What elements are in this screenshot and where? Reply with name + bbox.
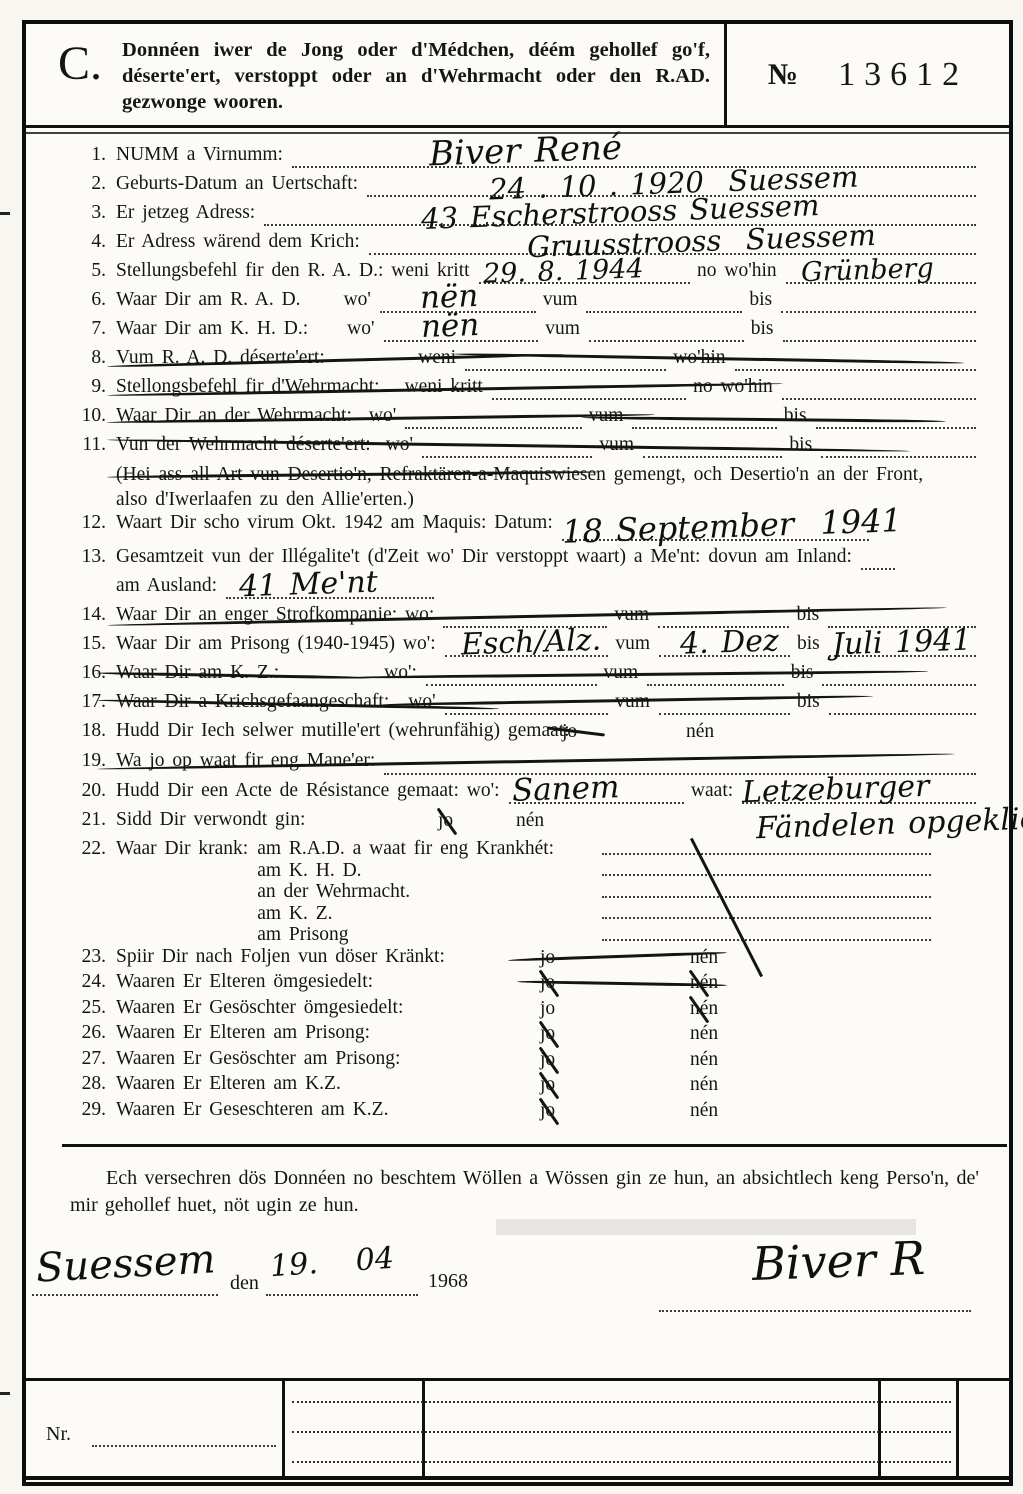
handwritten-entry: 29. 8. 1944	[482, 255, 643, 288]
dotted-line	[861, 554, 896, 570]
field-label: Hudd Dir een Acte de Résistance gemaat: …	[116, 780, 500, 802]
dotted-line: Gruusstrooss Suessem	[369, 239, 976, 255]
field-label: vum	[543, 289, 578, 311]
field-label: Waaren Er Gesöschter am Prisong:	[116, 1048, 400, 1070]
row-number: 14.	[70, 604, 106, 626]
krank-line: am Prisong	[257, 924, 983, 946]
place-dotted-line	[32, 1294, 218, 1296]
answer-option: jo	[540, 998, 555, 1020]
field-label: Waar Dir am Prisong (1940-1945) wo':	[116, 633, 436, 655]
dotted-line: Juli 1941	[829, 641, 976, 657]
field-label: an der Wehrmacht.	[257, 881, 602, 903]
dotted-line: 18 September 1941	[562, 525, 869, 541]
answer-option: nén	[690, 1049, 718, 1071]
handwritten-entry: Juli 1941	[831, 626, 971, 661]
field-label: Spiir Dir nach Foljen vun döser Kränkt:	[116, 946, 445, 968]
signature-dotted-line	[659, 1310, 971, 1312]
row-number: 22.	[70, 838, 106, 860]
form-rows: 1.NUMM a Virnumm:Biver René2.Geburts-Dat…	[26, 128, 1009, 1124]
field-label: Waaren Er Elteren am Prisong:	[116, 1022, 370, 1044]
field-label: Waaren Er Elteren ömgesiedelt:	[116, 971, 373, 993]
field-label: bis	[797, 691, 820, 713]
krank-line: an der Wehrmacht.	[257, 881, 983, 903]
field-label: bis	[749, 289, 772, 311]
form-row: 20.Hudd Dir een Acte de Résistance gemaa…	[70, 780, 983, 809]
field-label: Waart Dir scho virum Okt. 1942 am Maquis…	[116, 512, 553, 534]
dotted-line: 29. 8. 1944	[479, 268, 690, 284]
dotted-line: Esch/Alz.	[445, 641, 609, 657]
field-label: Er jetzeg Adress:	[116, 202, 255, 224]
row-number: 9.	[70, 376, 106, 398]
form-row: 23.Spiir Dir nach Foljen vun döser Kränk…	[70, 946, 983, 972]
dotted-line: 41 Me'nt	[226, 583, 434, 599]
handwritten-entry: Sanem	[512, 772, 620, 807]
handwritten-entry: Letzeburger	[742, 772, 930, 809]
row-number: 26.	[70, 1022, 106, 1044]
row-number: 2.	[70, 173, 106, 195]
row-number: 27.	[70, 1048, 106, 1070]
field-label: Er Adress wärend dem Krich:	[116, 231, 360, 253]
row-number: 12.	[70, 512, 106, 534]
row-number: 15.	[70, 633, 106, 655]
row-number: 17.	[70, 691, 106, 713]
row-number: 18.	[70, 720, 106, 742]
den-label: den	[230, 1272, 259, 1295]
dotted-line	[589, 326, 744, 342]
dotted-line	[781, 297, 976, 313]
field-label: am Ausland:	[116, 575, 217, 597]
row-number: 5.	[70, 260, 106, 282]
form-row: 28.Waaren Er Elteren am K.Z.jonén	[70, 1073, 983, 1099]
dotted-line	[586, 297, 742, 313]
dotted-line: 4. Dez	[659, 641, 790, 657]
dotted-line: Biver René	[292, 152, 976, 168]
dotted-line	[426, 670, 597, 686]
scan-artifact	[0, 1392, 10, 1395]
handwritten-entry: 18 September 1941	[561, 504, 902, 548]
dotted-line	[602, 903, 931, 919]
form-row: 15.Waar Dir am Prisong (1940-1945) wo':E…	[70, 633, 983, 662]
row-number: 25.	[70, 997, 106, 1019]
row-number: 4.	[70, 231, 106, 253]
handwritten-place: Suessem	[35, 1239, 216, 1288]
field-label: wo':	[384, 662, 417, 684]
field-label: am R.A.D. a waat fir eng Krankhét:	[257, 838, 602, 860]
year-label: 1968	[428, 1270, 468, 1293]
dotted-line: nën	[384, 326, 539, 342]
strike-mark	[689, 995, 710, 1023]
field-label: wo'	[347, 318, 374, 340]
row-number: 8.	[70, 347, 106, 369]
form-row: 17.Waar Dir a Krichsgefaangeschaft:wo'vu…	[70, 691, 983, 720]
section-letter: C.	[26, 24, 108, 125]
row-number: 11.	[70, 434, 106, 456]
field-label: Gesamtzeit vun der Illégalite't (d'Zeit …	[116, 546, 852, 568]
answer-option: nén	[690, 1074, 718, 1096]
field-label: Waaren Er Elteren am K.Z.	[116, 1073, 341, 1095]
form-row: 18.Hudd Dir Iech selwer mutille'ert (weh…	[70, 720, 983, 750]
form-row: 22.Waar Dir krank:am R.A.D. a waat fir e…	[70, 838, 983, 946]
table-vertical-line	[282, 1381, 285, 1476]
row-number: 23.	[70, 946, 106, 968]
field-label: waat:	[691, 780, 733, 802]
answer-option: jo	[540, 1100, 555, 1122]
row-number: 29.	[70, 1099, 106, 1121]
krank-line: am K. Z.	[257, 903, 983, 925]
field-label: Vun der Wehrmacht déserte'ert:	[116, 434, 371, 456]
dotted-line	[782, 384, 976, 400]
form-row: 11.Vun der Wehrmacht déserte'ert:wo'vumb…	[70, 434, 983, 463]
row-number: 6.	[70, 289, 106, 311]
dotted-line: LetzeburgerFändelen opgekliëft	[742, 788, 976, 804]
answer-option: jo	[562, 721, 577, 743]
field-label: vum	[615, 633, 650, 655]
row-number: 1.	[70, 144, 106, 166]
signature-area: Suessem den 19. 04 1968 Biver R	[26, 1242, 1009, 1372]
form-header: C. Donnéen iwer de Jong oder d'Médchen, …	[26, 24, 1009, 128]
field-label: Hudd Dir Iech selwer mutille'ert (wehrun…	[116, 720, 570, 742]
form-row: 13.Gesamtzeit vun der Illégalite't (d'Ze…	[70, 546, 983, 575]
strike-mark	[437, 808, 458, 836]
field-label: Waar Dir am R. A. D.	[116, 289, 301, 311]
dotted-line	[783, 326, 976, 342]
form-row: 25.Waaren Er Gesöschter ömgesiedelt:joné…	[70, 997, 983, 1023]
answer-option: jo	[540, 1023, 555, 1045]
answer-option: nén	[690, 1100, 718, 1122]
form-row: 16.Waar Dir am K. Z.:wo':vumbis	[70, 662, 983, 691]
strike-mark	[539, 1072, 560, 1100]
field-label: wo'	[344, 289, 371, 311]
row-number: 13.	[70, 546, 106, 568]
form-title: Donnéen iwer de Jong oder d'Médchen, déé…	[108, 24, 724, 125]
krank-block: am R.A.D. a waat fir eng Krankhét:am K. …	[257, 838, 983, 946]
form-row: 9.Stellongsbefehl fir d'Wehrmacht:weni k…	[70, 376, 983, 405]
strike-mark	[539, 1046, 560, 1074]
field-label: no wo'hin	[693, 376, 773, 398]
handwritten-entry: nën	[420, 310, 479, 343]
field-label: Geburts-Datum an Uertschaft:	[116, 173, 358, 195]
field-label: Stellungsbefehl fir den R. A. D.: weni k…	[116, 260, 470, 282]
form-number-box: № 13612	[724, 24, 1009, 125]
handwritten-entry: Grünberg	[800, 255, 934, 287]
answer-option: nén	[690, 998, 718, 1020]
dotted-line	[632, 413, 776, 429]
handwritten-entry: 4. Dez	[679, 627, 779, 660]
nr-dotted-line	[92, 1445, 276, 1447]
form-row: 26.Waaren Er Elteren am Prisong:jonén	[70, 1022, 983, 1048]
field-label: Sidd Dir verwondt gin:	[116, 809, 305, 831]
form-row: 10.Waar Dir an der Wehrmacht:wo'vumbis	[70, 405, 983, 434]
field-label: am Prisong	[257, 924, 602, 946]
table-dotted-row	[292, 1461, 951, 1463]
form-row: 12.Waart Dir scho virum Okt. 1942 am Maq…	[70, 512, 983, 546]
dotted-line	[602, 860, 931, 876]
answer-option: jo	[540, 1074, 555, 1096]
nr-label: Nr.	[46, 1423, 71, 1446]
row-number: 3.	[70, 202, 106, 224]
field-label: no wo'hin	[697, 260, 777, 282]
strike-mark	[539, 1021, 560, 1049]
dotted-line	[602, 925, 931, 941]
row-number: 21.	[70, 809, 106, 831]
date-dotted-line	[266, 1294, 418, 1296]
page-frame: C. Donnéen iwer de Jong oder d'Médchen, …	[22, 20, 1013, 1486]
handwritten-date: 19. 04	[269, 1244, 395, 1283]
field-label: am K. Z.	[257, 903, 602, 925]
handwritten-entry: 41 Me'nt	[238, 568, 378, 603]
field-label: bis	[784, 405, 807, 427]
field-label: Waar Dir an der Wehrmacht:	[116, 405, 352, 427]
numero-sign: №	[768, 58, 798, 92]
row-number: 7.	[70, 318, 106, 340]
field-label: Waar Dir krank:	[116, 838, 248, 860]
field-label: bis	[751, 318, 774, 340]
answer-option: jo	[540, 1049, 555, 1071]
answer-option: nén	[686, 721, 714, 743]
field-label: Waar Dir am K. H. D.:	[116, 318, 308, 340]
row-number: 24.	[70, 971, 106, 993]
field-label: vum	[615, 691, 650, 713]
field-label: NUMM a Virnumm:	[116, 144, 283, 166]
form-row: 27.Waaren Er Gesöschter am Prisong:jonén	[70, 1048, 983, 1074]
document-page: C. Donnéen iwer de Jong oder d'Médchen, …	[0, 0, 1023, 1494]
answer-option: nén	[516, 810, 544, 832]
field-label: Waaren Er Geseschteren am K.Z.	[116, 1099, 388, 1121]
answer-option: nén	[690, 947, 718, 969]
form-row: 7.Waar Dir am K. H. D.:wo'nënvumbis	[70, 318, 983, 347]
handwritten-signature: Biver R	[751, 1235, 925, 1287]
dotted-line	[659, 699, 790, 715]
form-row: 6.Waar Dir am R. A. D.wo'nënvumbis	[70, 289, 983, 318]
footer-table: Nr.	[26, 1378, 1009, 1480]
form-number: 13612	[838, 56, 968, 94]
field-label: Waaren Er Gesöschter ömgesiedelt:	[116, 997, 403, 1019]
form-row: am Ausland:41 Me'nt	[70, 575, 983, 604]
row-number: 28.	[70, 1073, 106, 1095]
handwritten-entry: Biver René	[428, 131, 622, 172]
dotted-line	[602, 882, 931, 898]
form-row: 8.Vum R. A. D. déserte'ert:- weniwo'hin	[70, 347, 983, 376]
form-row: 29.Waaren Er Geseschteren am K.Z.jonén	[70, 1099, 983, 1125]
field-label: bis	[789, 434, 812, 456]
table-dotted-row	[292, 1401, 951, 1403]
table-vertical-line	[956, 1381, 959, 1476]
form-row: 5.Stellungsbefehl fir den R. A. D.: weni…	[70, 260, 983, 289]
row-number: 20.	[70, 780, 106, 802]
answer-option: jo	[438, 810, 453, 832]
answer-option: nén	[690, 1023, 718, 1045]
declaration-text: Ech versechren dös Donnéen no beschtem W…	[26, 1147, 1009, 1218]
handwritten-entry: Esch/Alz.	[461, 626, 602, 661]
dotted-line	[829, 699, 976, 715]
scan-artifact	[0, 212, 10, 215]
dotted-line: Sanem	[509, 788, 684, 804]
row-number: 10.	[70, 405, 106, 427]
krank-line: am K. H. D.	[257, 860, 983, 882]
table-dotted-row	[292, 1431, 951, 1433]
form-row: 24.Waaren Er Elteren ömgesiedelt:jonén	[70, 971, 983, 997]
field-label: bis	[796, 604, 819, 626]
dotted-line: Grünberg	[786, 268, 976, 284]
field-label: am K. H. D.	[257, 860, 602, 882]
field-label: bis	[797, 633, 820, 655]
strike-mark	[539, 1097, 560, 1125]
field-label: vum	[545, 318, 580, 340]
